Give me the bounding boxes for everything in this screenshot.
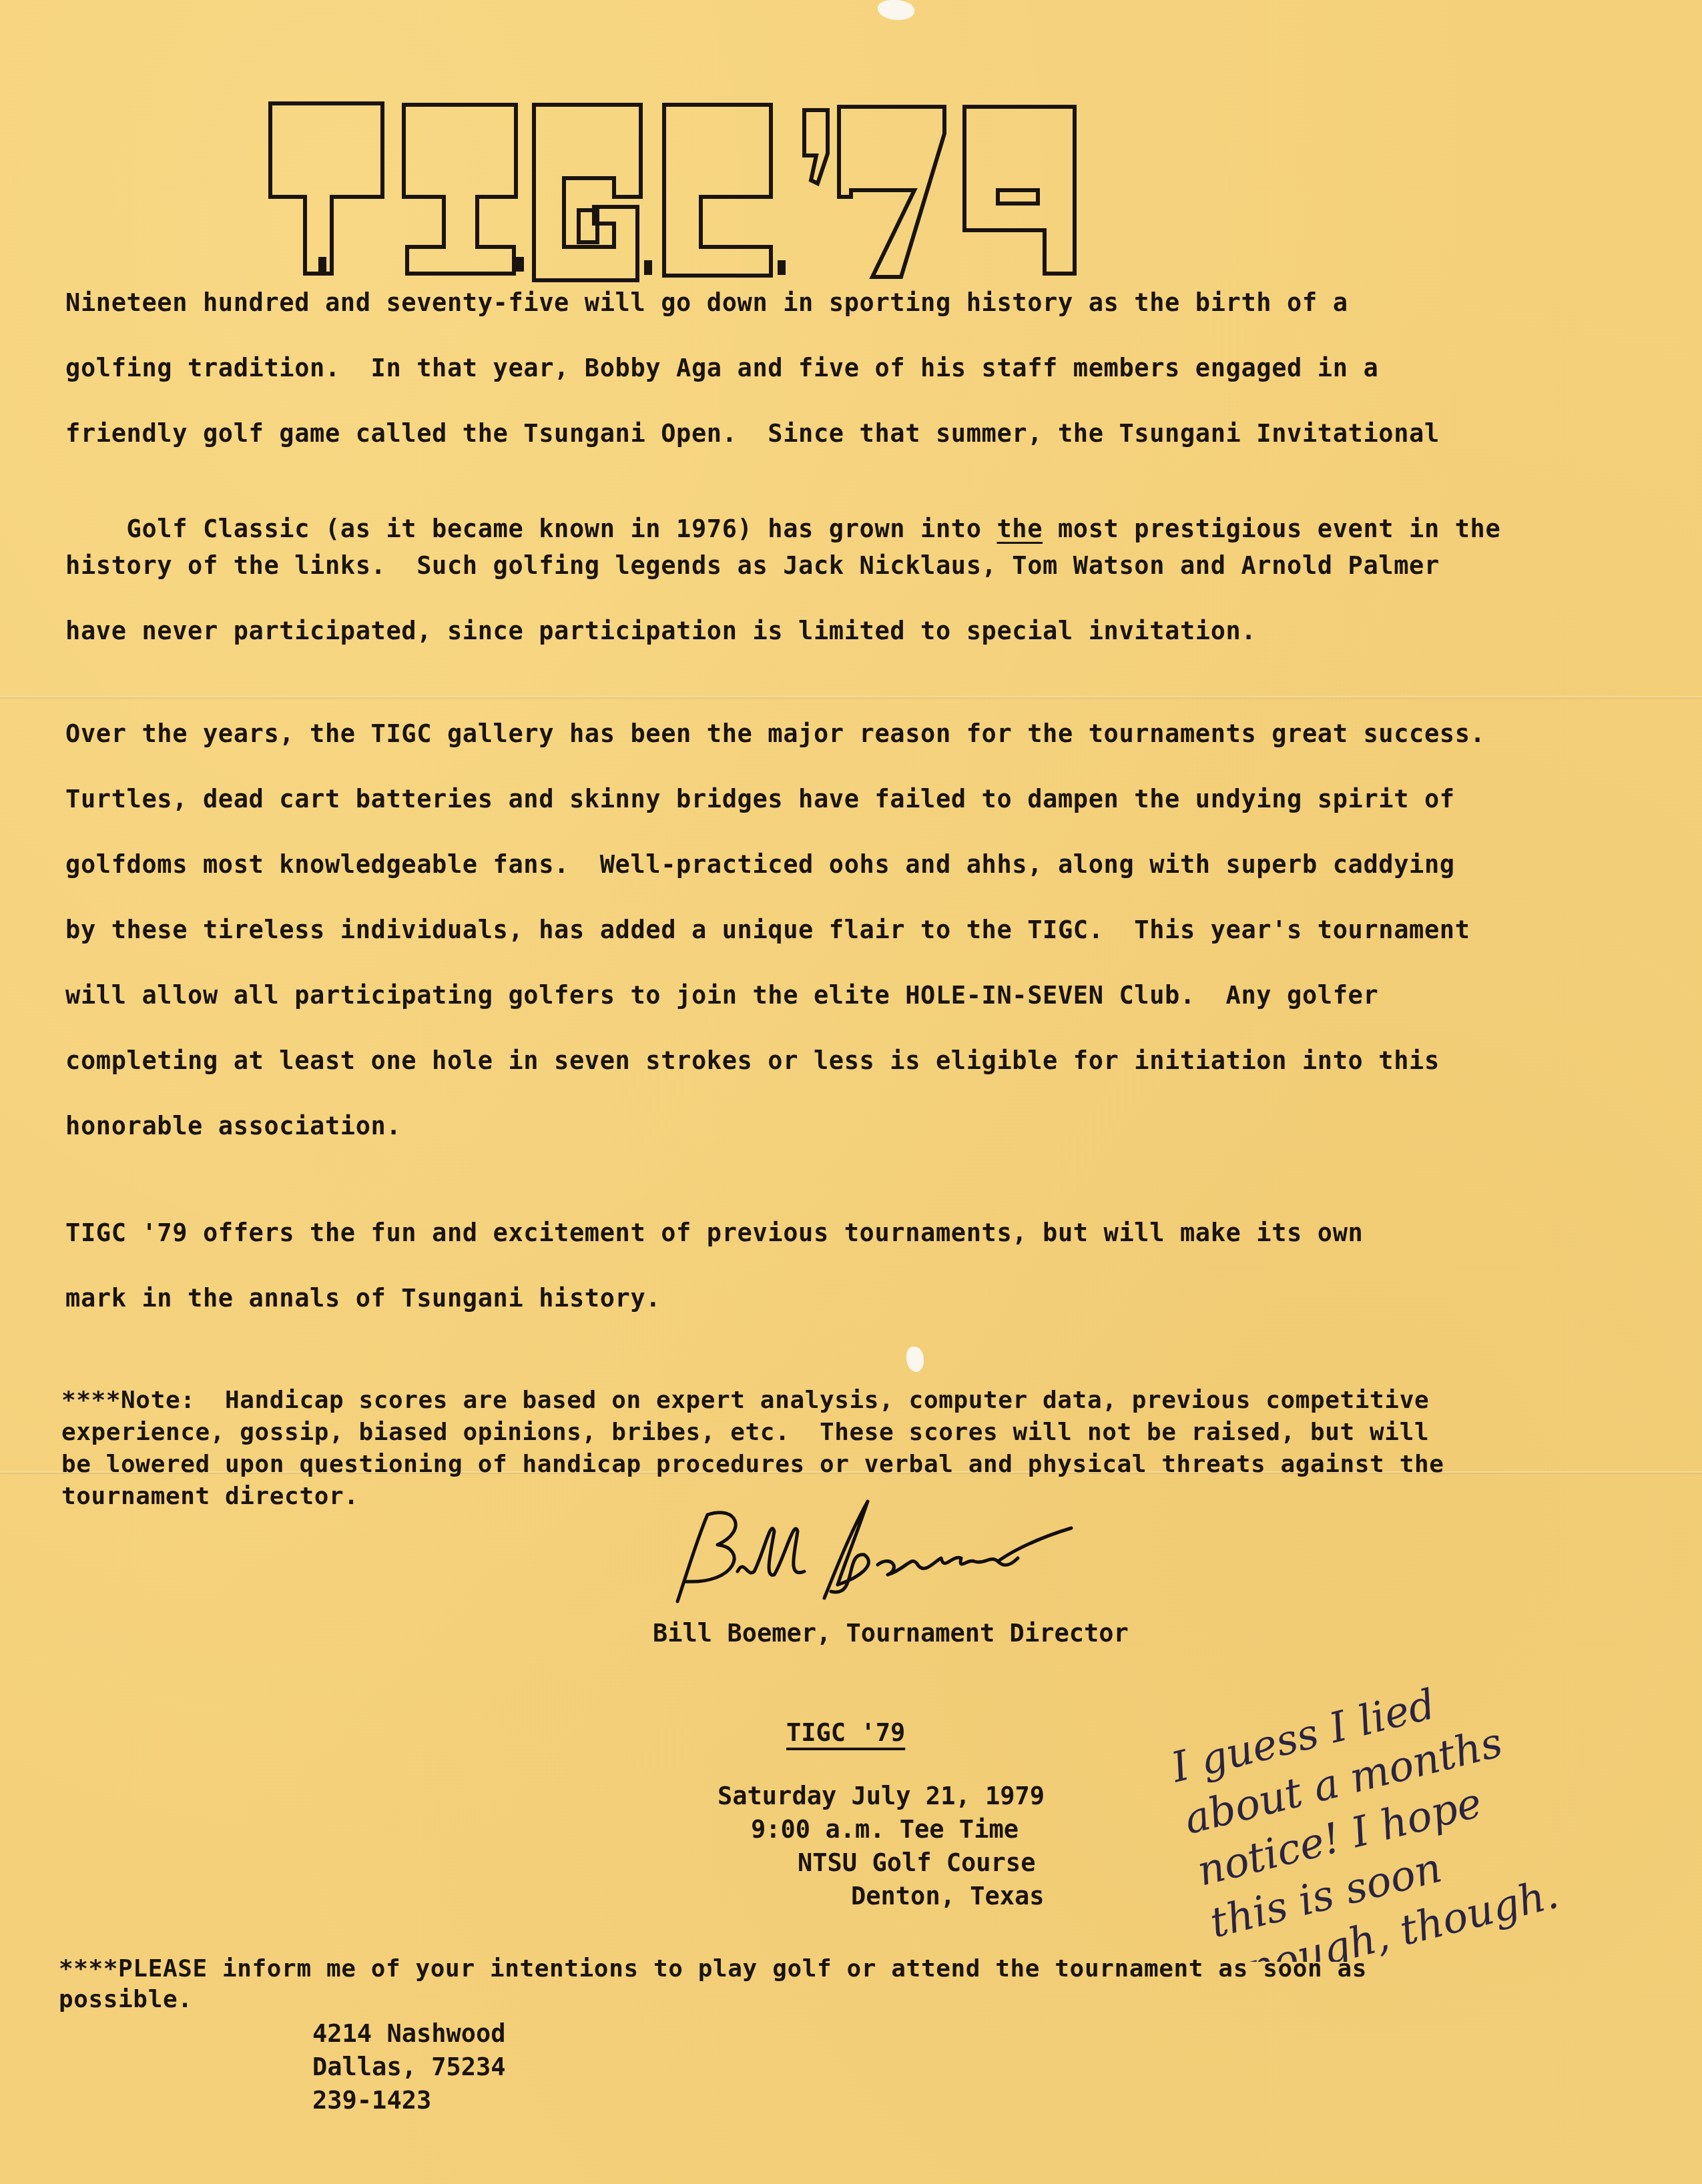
title-digit-9 <box>964 107 1075 274</box>
body-line: golfdoms most knowledgeable fans. Well-p… <box>65 850 1455 879</box>
title-letter-g <box>534 105 652 280</box>
staple-tear <box>906 1347 924 1372</box>
rsvp-line: possible. <box>59 1986 192 2013</box>
title-letter-t <box>270 103 382 274</box>
body-line: Nineteen hundred and seventy-five will g… <box>65 288 1348 317</box>
body-line: by these tireless individuals, has added… <box>65 916 1470 944</box>
body-line: mark in the annals of Tsungani history. <box>65 1284 661 1313</box>
event-time: 9:00 a.m. Tee Time <box>751 1815 1019 1844</box>
event-venue: NTSU Golf Course <box>798 1848 1035 1877</box>
body-line: have never participated, since participa… <box>65 617 1256 645</box>
body-text: Golf Classic (as it became known in 1976… <box>127 514 997 543</box>
body-line: TIGC '79 offers the fun and excitement o… <box>65 1218 1363 1247</box>
title-logo: T.I.G.C.'79 <box>264 97 1365 284</box>
title-letter-i <box>404 105 524 274</box>
body-text: most prestigious event in the <box>1043 514 1500 543</box>
signer-name: Bill Boemer, Tournament Director <box>653 1619 1129 1648</box>
body-line: Turtles, dead cart batteries and skinny … <box>65 785 1455 813</box>
title-letter-c <box>664 105 786 276</box>
staple-tear <box>878 0 914 20</box>
body-line: completing at least one hole in seven st… <box>65 1046 1440 1075</box>
event-location: Denton, Texas <box>851 1882 1045 1910</box>
note-line: be lowered upon questioning of handicap … <box>61 1451 1444 1478</box>
title-apostrophe <box>804 110 828 184</box>
paper-fold-line <box>0 696 1702 699</box>
body-line: will allow all participating golfers to … <box>65 981 1378 1010</box>
body-line: honorable association. <box>65 1112 401 1140</box>
handwritten-note: I guess I lied about a months notice! I … <box>1161 1648 1642 1962</box>
body-line: friendly golf game called the Tsungani O… <box>65 419 1440 448</box>
contact-phone: 239-1423 <box>312 2086 431 2115</box>
event-heading: TIGC '79 <box>786 1718 905 1747</box>
note-line: ****Note: Handicap scores are based on e… <box>61 1387 1429 1414</box>
rsvp-line: ****PLEASE inform me of your intentions … <box>59 1955 1367 1982</box>
emphasized-word: the <box>997 514 1043 543</box>
body-line: history of the links. Such golfing legen… <box>65 551 1440 580</box>
body-line: golfing tradition. In that year, Bobby A… <box>65 354 1378 382</box>
handwritten-signature: Bill Boemer <box>637 1491 1118 1611</box>
event-date: Saturday July 21, 1979 <box>718 1782 1045 1810</box>
title-digit-7 <box>839 107 944 277</box>
note-line: tournament director. <box>61 1483 358 1510</box>
body-line: Over the years, the TIGC gallery has bee… <box>65 719 1485 748</box>
contact-street: 4214 Nashwood <box>312 2019 506 2048</box>
note-line: experience, gossip, biased opinions, bri… <box>61 1419 1429 1446</box>
contact-city-zip: Dallas, 75234 <box>312 2053 506 2081</box>
